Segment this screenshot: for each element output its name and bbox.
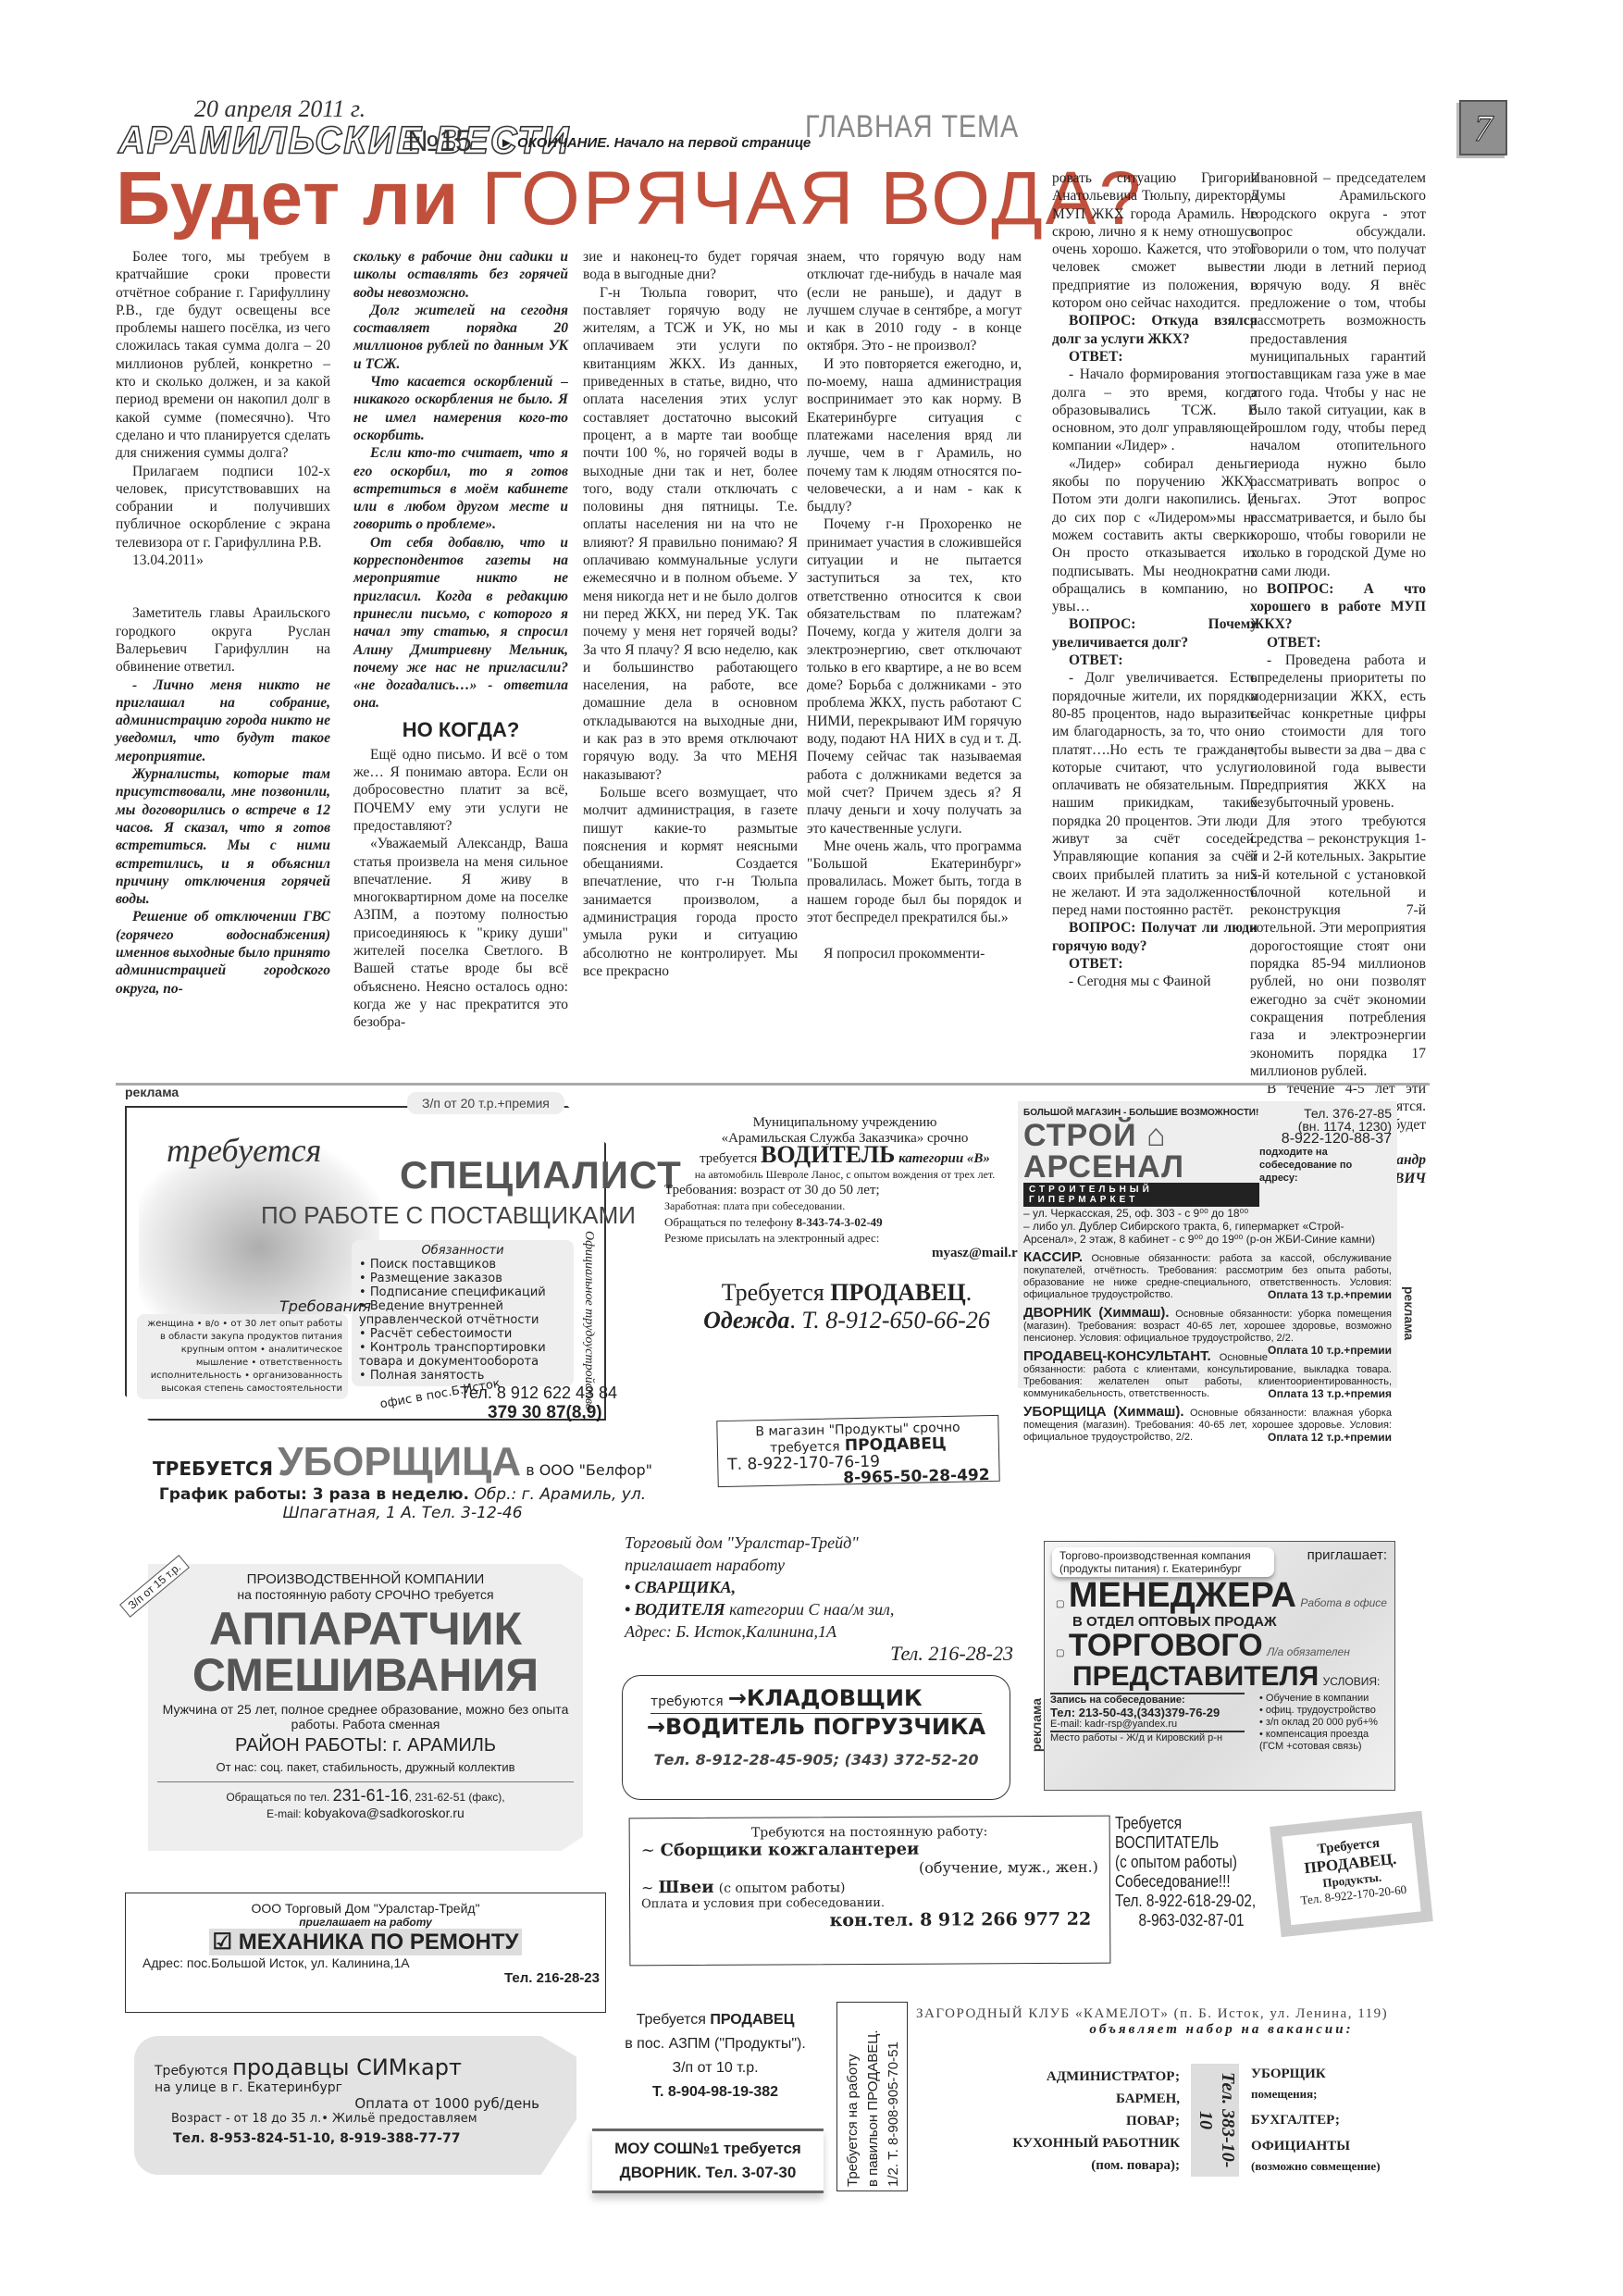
camelot-jobs-right: УБОРЩИК помещения; БУХГАЛТЕР; ОФИЦИАНТЫ … [1251, 2064, 1492, 2177]
ad-odezhda: Требуется ПРОДАВЕЦ. Одежда. Т. 8-912-650… [689, 1279, 1004, 1334]
subheading: НО КОГДА? [353, 718, 568, 742]
article-column-5: ровать ситуацию Григория Анатольевича Тю… [1052, 169, 1258, 991]
ad-apparatchik: ПРОИЗВОДСТВЕННОЙ КОМПАНИИ на постоянную … [148, 1564, 583, 1851]
apparatchik-email[interactable]: kobyakova@sadkoroskor.ru [304, 1806, 465, 1820]
article-headline: Будет ли ГОРЯЧАЯ ВОДА? [116, 155, 1144, 242]
article-column-2: скольку в рабочие дни садики и школы ост… [353, 248, 568, 1031]
stroy-logo: СТРОЙ ⌂ АРСЕНАЛ [1023, 1120, 1259, 1183]
specialist-script-heading: требуется [167, 1131, 321, 1170]
section-divider [116, 1083, 1430, 1086]
ad-leather-workers: Требуются на постоянную работу: ~ Сборщи… [629, 1816, 1111, 1967]
stroy-job: КАССИР. Основные обязанности: работа за … [1023, 1251, 1392, 1301]
page-number: 7 [1459, 100, 1507, 155]
ad-label: реклама [1029, 1698, 1044, 1752]
article-column-1: Более того, мы требуем в кратчайшие срок… [116, 248, 330, 998]
ad-kladovshik: требуются →КЛАДОВЩИК →ВОДИТЕЛЬ ПОГРУЗЧИК… [622, 1675, 1010, 1800]
article-column-4: знаем, что горячую воду нам отключат где… [807, 248, 1022, 963]
ad-driver: Муниципальному учреждению «Арамильская С… [664, 1115, 1025, 1261]
continuation-note: ► ОКОНЧАНИЕ. Начало на первой странице [500, 135, 811, 151]
stroy-job: ПРОДАВЕЦ-КОНСУЛЬТАНТ. Основные обязаннос… [1023, 1350, 1392, 1400]
driver-email[interactable]: myasz@mail.ru [664, 1246, 1025, 1261]
ad-dvornik-school: МОУ СОШ№1 требуется ДВОРНИК. Тел. 3-07-3… [592, 2128, 824, 2193]
ad-vospitatel: Требуется ВОСПИТАТЕЛЬ (с опытом работы) … [1115, 1814, 1257, 1930]
specialist-subtitle: ПО РАБОТЕ С ПОСТАВЩИКАМИ [261, 1201, 636, 1230]
ad-prodavec-azpm: Требуется ПРОДАВЕЦ в пос. АЗПМ ("Продукт… [600, 2008, 831, 2104]
manager-email[interactable]: E-mail: kadr-rsp@yandex.ru [1050, 1719, 1245, 1732]
ad-mechanic: ООО Торговый Дом "Уралстар-Трейд" пригла… [125, 1893, 606, 2013]
handshake-image [139, 1148, 379, 1314]
ad-pavilion: Требуется на работу в павильон ПРОДАВЕЦ.… [836, 2002, 908, 2191]
ad-uralstar-welder: Торговый дом "Уралстар-Трейд" приглашает… [625, 1532, 1013, 1665]
ad-label: реклама [1402, 1286, 1417, 1340]
specialist-title: СПЕЦИАЛИСТ [400, 1153, 682, 1198]
issue-number: №15 [407, 124, 472, 158]
specialist-salary: З/п от 20 т.р.+премия [407, 1092, 564, 1114]
camelot-jobs-left: АДМИНИСТРАТОР; БАРМЕН, ПОВАР; КУХОННЫЙ Р… [925, 2066, 1180, 2177]
ad-prodavec-products: Требуется ПРОДАВЕЦ. Продукты. Тел. 8-922… [1270, 1811, 1433, 1938]
ad-stroy-arsenal: БОЛЬШОЙ МАГАЗИН - БОЛЬШИЕ ВОЗМОЖНОСТИ! С… [1018, 1101, 1397, 1388]
ad-manager: Торгово-производственная компания (проду… [1044, 1541, 1395, 1791]
stroy-job: УБОРЩИЦА (Химмаш). Основные обязанности:… [1023, 1406, 1392, 1444]
article-column-3: зие и наконец-то будет горячая вода в вы… [583, 248, 798, 980]
ad-uborshitsa: ТРЕБУЕТСЯ УБОРЩИЦА в ООО "Белфор" График… [125, 1439, 680, 1522]
specialist-requirements-title: Требования [279, 1297, 371, 1315]
camelot-phone: Тел. 383-10-10 [1191, 2064, 1239, 2177]
section-title: ГЛАВНАЯ ТЕМА [805, 109, 1019, 145]
ad-label: реклама [125, 1085, 179, 1099]
ad-produkty: В магазин "Продукты" срочно требуется ПР… [716, 1415, 999, 1487]
ad-sim-sellers: Требуются продавцы СИМкарт на улице в г.… [134, 2036, 576, 2175]
ad-camelot: ЗАГОРОДНЫЙ КЛУБ «КАМЕЛОТ» (п. Б. Исток, … [916, 2006, 1490, 2038]
stroy-job: ДВОРНИК (Химмаш). Основные обязанности: … [1023, 1307, 1392, 1345]
article-column-6: Ивановной – председателем Думы Арамильск… [1250, 169, 1426, 1187]
house-icon: ⌂ [1146, 1118, 1167, 1153]
specialist-requirements: женщина • в/о • от 30 лет опыт работы в … [137, 1314, 348, 1399]
specialist-phone: Тел. 8 912 622 43 84379 30 87(8,9) [460, 1384, 617, 1423]
specialist-duties: Обязанности • Поиск поставщиков • Размещ… [352, 1240, 574, 1386]
